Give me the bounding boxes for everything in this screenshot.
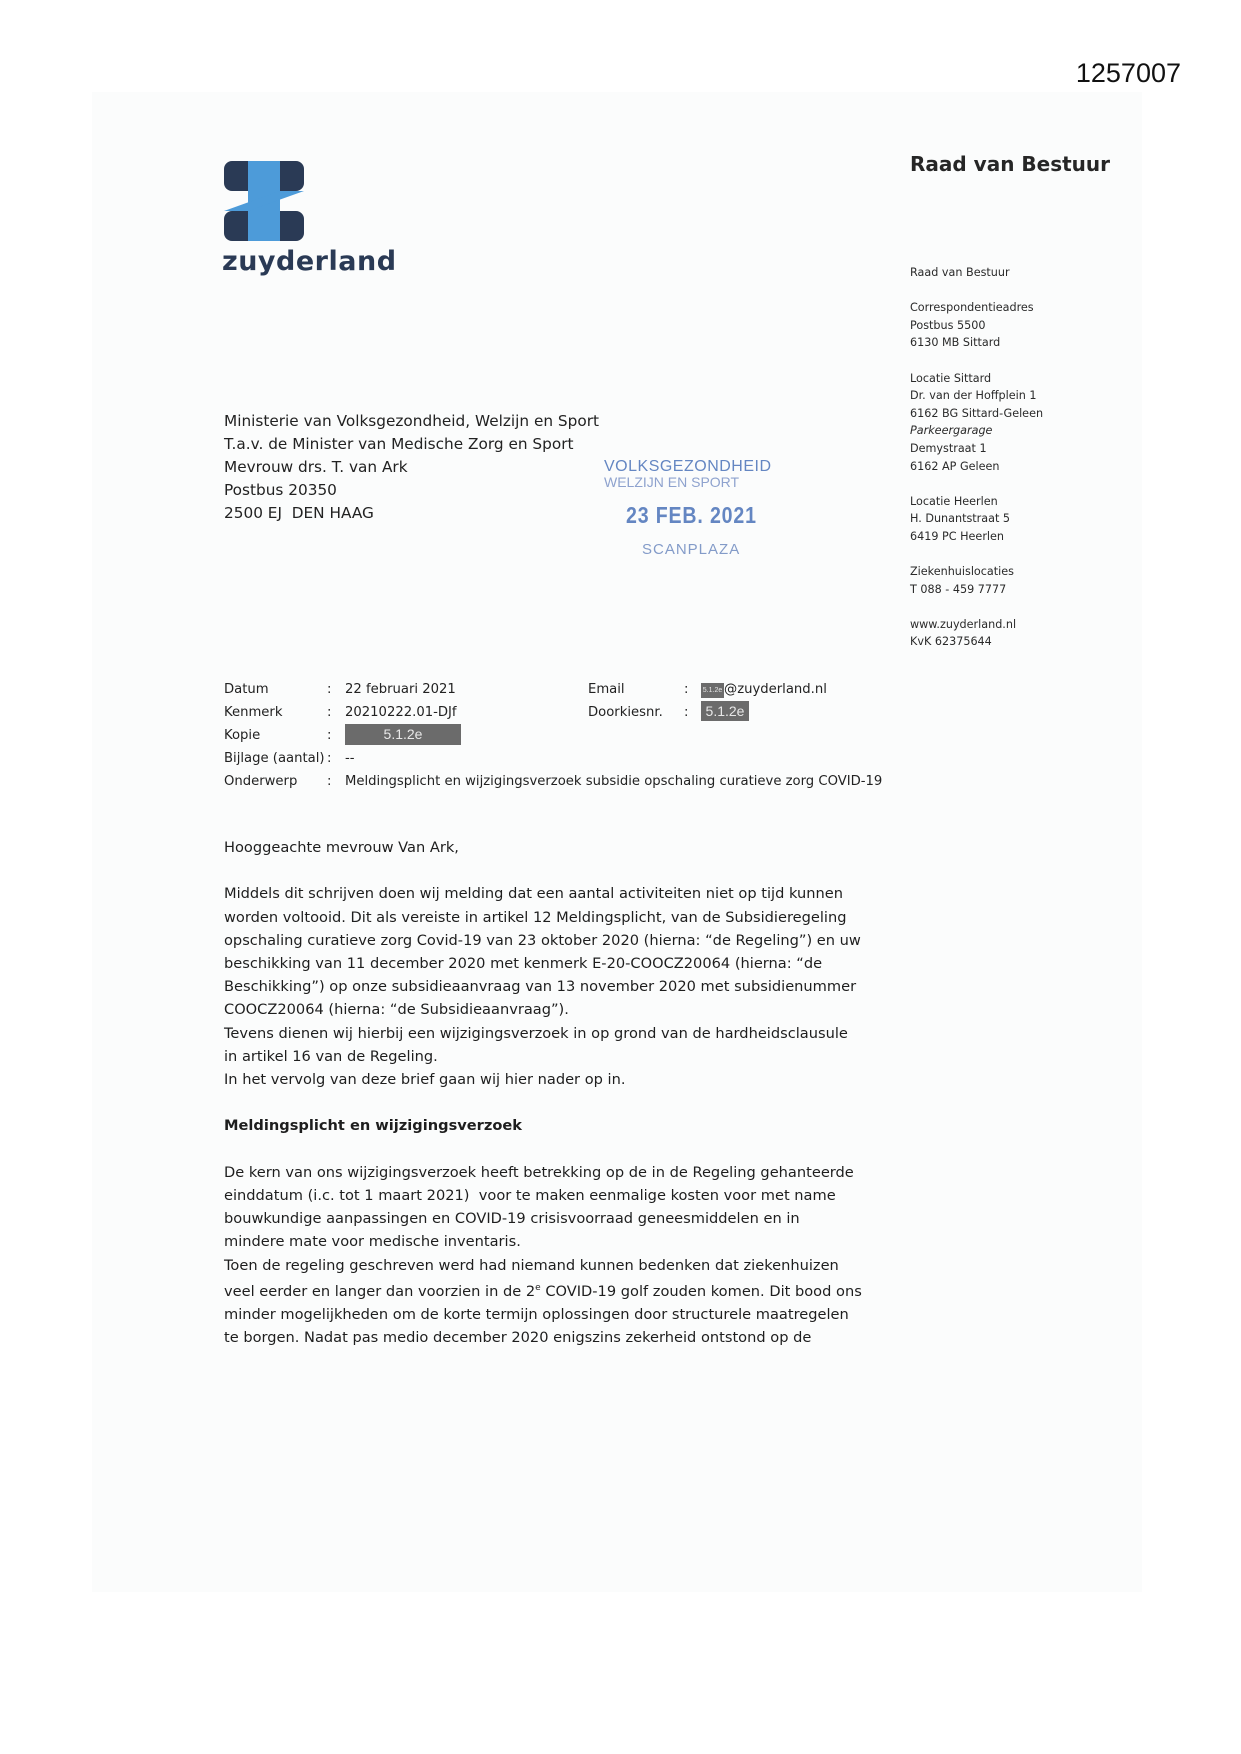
meta-row-onderwerp: Onderwerp : Meldingsplicht en wijzigings… bbox=[224, 770, 882, 793]
document-id: 1257007 bbox=[1076, 58, 1181, 89]
received-stamp: VOLKSGEZONDHEID WELZIJN EN SPORT 23 FEB.… bbox=[604, 458, 784, 558]
sidebar-block-heerlen: Locatie Heerlen H. Dunantstraat 5 6419 P… bbox=[910, 493, 1140, 546]
paragraph-intro: Middels dit schrijven doen wij melding d… bbox=[224, 882, 904, 1091]
redaction-box: 5.1.2e bbox=[345, 724, 461, 745]
section-heading: Meldingsplicht en wijzigingsverzoek bbox=[224, 1114, 904, 1137]
redaction-box: 5.1.2e bbox=[701, 701, 749, 721]
paragraph-core: De kern van ons wijzigingsverzoek heeft … bbox=[224, 1161, 904, 1349]
sidebar-block-correspondence: Correspondentieadres Postbus 5500 6130 M… bbox=[910, 299, 1140, 352]
recipient-address: Ministerie van Volksgezondheid, Welzijn … bbox=[224, 410, 599, 525]
letter-body: Hooggeachte mevrouw Van Ark, Middels dit… bbox=[224, 836, 904, 1349]
meta-row-kopie: Kopie : 5.1.2e bbox=[224, 724, 882, 747]
website-link[interactable]: www.zuyderland.nl bbox=[910, 616, 1140, 634]
meta-row-bijlage: Bijlage (aantal) : -- bbox=[224, 747, 882, 770]
meta-row-email: Email : 5.1.2e@zuyderland.nl bbox=[588, 678, 827, 701]
zuyderland-logo-icon bbox=[224, 161, 304, 241]
header-title: Raad van Bestuur bbox=[910, 152, 1110, 176]
meta-row-doorkiesnr: Doorkiesnr. : 5.1.2e bbox=[588, 701, 827, 724]
salutation: Hooggeachte mevrouw Van Ark, bbox=[224, 836, 904, 859]
stamp-date: 23 FEB. 2021 bbox=[626, 502, 760, 529]
letter-meta-right: Email : 5.1.2e@zuyderland.nl Doorkiesnr.… bbox=[588, 678, 827, 724]
redaction-box: 5.1.2e bbox=[701, 683, 724, 698]
logo-wordmark: zuyderland bbox=[222, 246, 397, 277]
sidebar-block-sittard: Locatie Sittard Dr. van der Hoffplein 1 … bbox=[910, 370, 1140, 476]
sidebar-block-board: Raad van Bestuur bbox=[910, 264, 1140, 282]
sidebar-block-phone: Ziekenhuislocaties T 088 - 459 7777 bbox=[910, 563, 1140, 598]
sender-address-sidebar: Raad van Bestuur Correspondentieadres Po… bbox=[910, 264, 1140, 669]
sidebar-block-web: www.zuyderland.nl KvK 62375644 bbox=[910, 616, 1140, 651]
